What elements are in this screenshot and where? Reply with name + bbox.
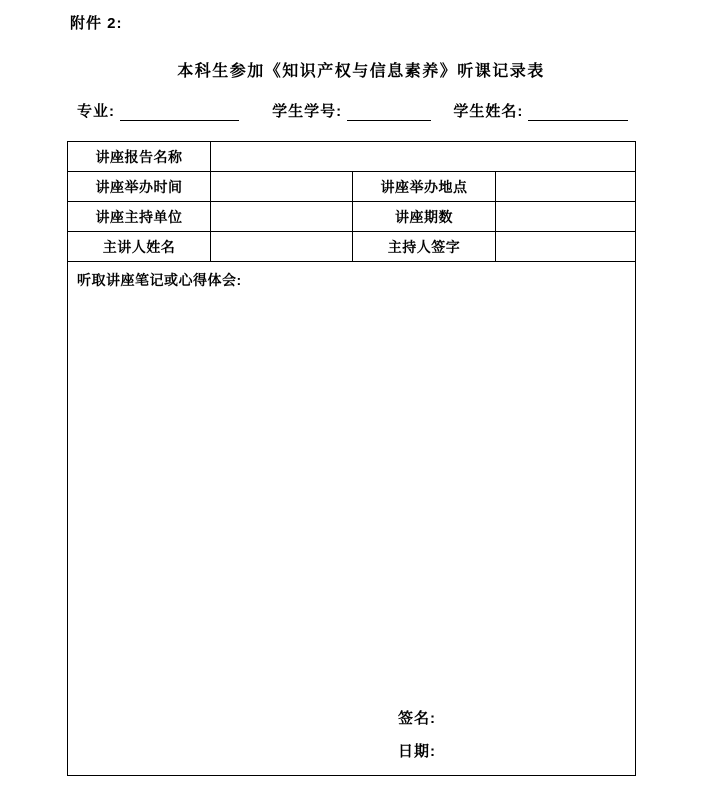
session-value-cell[interactable] bbox=[496, 202, 636, 232]
lecture-title-value-cell[interactable] bbox=[211, 142, 636, 172]
location-label: 讲座举办地点 bbox=[353, 172, 496, 202]
student-id-blank-input[interactable] bbox=[347, 105, 431, 121]
student-info-line: 专业: 学生学号: 学生姓名: bbox=[77, 100, 628, 121]
session-label: 讲座期数 bbox=[353, 202, 496, 232]
student-id-field: 学生学号: bbox=[272, 100, 449, 121]
speaker-label: 主讲人姓名 bbox=[68, 232, 211, 262]
notes-area[interactable]: 听取讲座笔记或心得体会: 签名: 日期: bbox=[68, 262, 635, 775]
host-signature-value-cell[interactable] bbox=[496, 232, 636, 262]
signature-date-block: 签名: 日期: bbox=[398, 711, 436, 760]
major-label: 专业: bbox=[77, 103, 115, 120]
document-page: 附件 2: 本科生参加《知识产权与信息素养》听课记录表 专业: 学生学号: 学生… bbox=[0, 0, 722, 804]
table-row-organizer-session: 讲座主持单位 讲座期数 bbox=[68, 202, 636, 232]
student-name-label: 学生姓名: bbox=[453, 103, 523, 120]
table-row-lecture-title: 讲座报告名称 bbox=[68, 142, 636, 172]
table-row-speaker-host: 主讲人姓名 主持人签字 bbox=[68, 232, 636, 262]
student-name-field: 学生姓名: bbox=[453, 100, 628, 121]
record-table: 讲座报告名称 讲座举办时间 讲座举办地点 讲座主持单位 讲座期数 主讲人姓名 主… bbox=[67, 141, 636, 776]
notes-cell[interactable]: 听取讲座笔记或心得体会: 签名: 日期: bbox=[68, 262, 636, 776]
time-value-cell[interactable] bbox=[211, 172, 353, 202]
organizer-label: 讲座主持单位 bbox=[68, 202, 211, 232]
signature-label: 签名: bbox=[398, 710, 436, 727]
speaker-value-cell[interactable] bbox=[211, 232, 353, 262]
time-label: 讲座举办时间 bbox=[68, 172, 211, 202]
table-row-time-location: 讲座举办时间 讲座举办地点 bbox=[68, 172, 636, 202]
student-id-label: 学生学号: bbox=[272, 103, 342, 120]
organizer-value-cell[interactable] bbox=[211, 202, 353, 232]
attachment-label: 附件 2: bbox=[70, 12, 123, 33]
notes-label: 听取讲座笔记或心得体会: bbox=[77, 270, 626, 290]
host-signature-label: 主持人签字 bbox=[353, 232, 496, 262]
document-title: 本科生参加《知识产权与信息素养》听课记录表 bbox=[0, 58, 722, 81]
lecture-title-label: 讲座报告名称 bbox=[68, 142, 211, 172]
date-label: 日期: bbox=[398, 743, 436, 760]
date-line[interactable]: 日期: bbox=[398, 744, 436, 760]
signature-line[interactable]: 签名: bbox=[398, 711, 436, 727]
major-field: 专业: bbox=[77, 100, 268, 121]
location-value-cell[interactable] bbox=[496, 172, 636, 202]
table-row-notes: 听取讲座笔记或心得体会: 签名: 日期: bbox=[68, 262, 636, 776]
student-name-blank-input[interactable] bbox=[528, 105, 628, 121]
major-blank-input[interactable] bbox=[120, 105, 239, 121]
